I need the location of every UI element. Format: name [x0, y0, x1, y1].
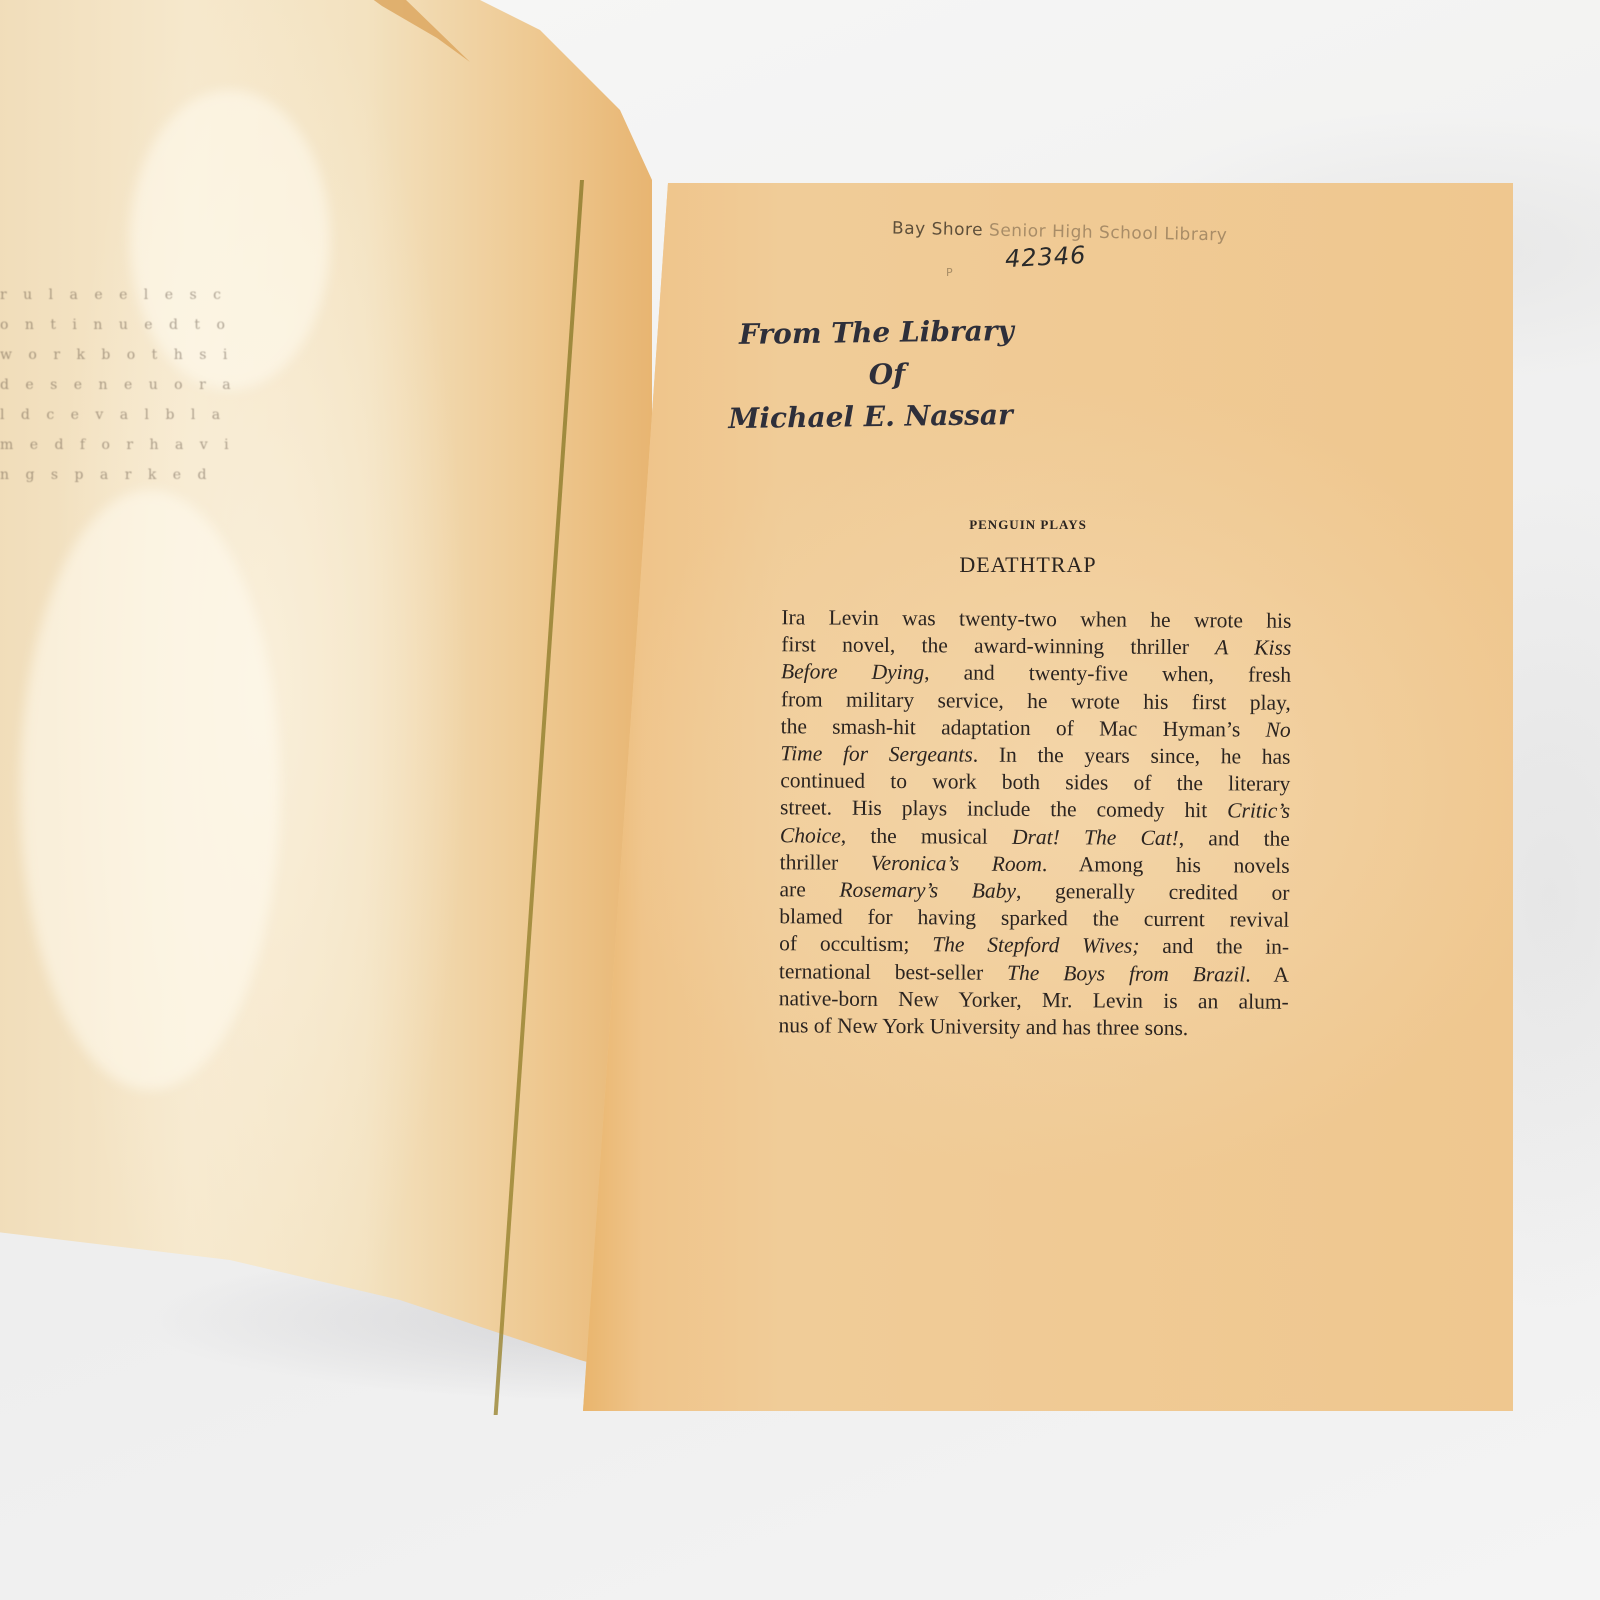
bio-line: ternational best-seller The Boys from Br…	[779, 958, 1289, 989]
ownership-line-3: Michael E. Nassar	[698, 394, 1043, 441]
bio-text: are	[779, 877, 839, 901]
bleed-through-text: r u l a e e l e s c o n t i n u e d t o …	[0, 280, 240, 840]
bio-line: Time for Sergeants. In the years since, …	[780, 740, 1290, 771]
stamp-mark: P	[946, 266, 953, 279]
series-label: PENGUIN PLAYS	[783, 517, 1273, 533]
italic-title-text: Critic’s	[1227, 799, 1290, 823]
italic-title-text: No	[1265, 717, 1290, 741]
bio-line: native-born New Yorker, Mr. Levin is an …	[779, 985, 1289, 1016]
bio-text: nus of New York University and has three…	[779, 1013, 1189, 1040]
italic-title-text: Before Dying	[781, 660, 924, 685]
bio-text: the smash-hit adaptation of Mac Hyman’s	[781, 714, 1266, 741]
bio-line: continued to work both sides of the lite…	[780, 767, 1290, 798]
bio-line: thriller Veronica’s Room. Among his nove…	[780, 849, 1290, 880]
italic-title-text: A Kiss	[1215, 635, 1291, 660]
bio-line: first novel, the award-winning thriller …	[781, 631, 1291, 662]
bio-text: , and the	[1179, 826, 1290, 851]
bio-text: continued to work both sides of the lite…	[780, 768, 1290, 796]
paper-tear	[360, 0, 470, 70]
bio-text: . Among his novels	[1042, 852, 1290, 878]
bio-text: first novel, the award-winning thriller	[781, 632, 1215, 659]
bio-line: are Rosemary’s Baby, generally credited …	[779, 876, 1289, 907]
italic-title-text: Veronica’s Room	[871, 851, 1042, 876]
bio-line: of occultism; The Stepford Wives; and th…	[779, 931, 1289, 962]
bio-text: , and twenty-five when, fresh	[924, 661, 1291, 688]
italic-title-text: Time for Sergeants	[780, 741, 972, 766]
bio-line: blamed for having sparked the current re…	[779, 903, 1289, 934]
bio-text: . A	[1245, 962, 1289, 986]
italic-title-text: The Boys from Brazil	[1007, 960, 1245, 986]
bio-text: native-born New Yorker, Mr. Levin is an …	[779, 986, 1289, 1014]
bio-text: ternational best-seller	[779, 959, 1007, 985]
bio-line: nus of New York University and has three…	[778, 1012, 1288, 1043]
bio-text: Ira Levin was twenty-two when he wrote h…	[781, 605, 1291, 633]
author-biography: Ira Levin was twenty-two when he wrote h…	[778, 604, 1291, 1043]
stamp-text-dark: Bay Shore	[892, 218, 989, 240]
bio-text: street. His plays include the comedy hit	[780, 796, 1227, 823]
bio-text: , the musical	[841, 823, 1012, 848]
bio-line: from military service, he wrote his firs…	[781, 686, 1291, 717]
bio-text: and the in-	[1139, 934, 1289, 959]
ownership-line-2: Of	[732, 352, 1043, 398]
italic-title-text: Drat! The Cat!	[1012, 824, 1179, 849]
book-title: DEATHTRAP	[783, 552, 1273, 578]
bio-line: Before Dying, and twenty-five when, fres…	[781, 659, 1291, 690]
italic-title-text: Choice	[780, 823, 841, 847]
accession-number: 42346	[1004, 241, 1087, 273]
ownership-line-1: From The Library	[711, 310, 1042, 357]
bio-text: blamed for having sparked the current re…	[779, 904, 1289, 932]
bio-line: the smash-hit adaptation of Mac Hyman’s …	[781, 713, 1291, 744]
bio-text: , generally credited or	[1016, 879, 1290, 905]
bio-line: street. His plays include the comedy hit…	[780, 795, 1290, 826]
book-photo: r u l a e e l e s c o n t i n u e d t o …	[0, 0, 1600, 1600]
bio-line: Choice, the musical Drat! The Cat!, and …	[780, 822, 1290, 853]
bio-text: thriller	[780, 850, 871, 875]
ownership-stamp: From The Library Of Michael E. Nassar	[711, 310, 1043, 441]
italic-title-text: The Stepford Wives;	[932, 933, 1139, 958]
bio-text: from military service, he wrote his firs…	[781, 687, 1291, 715]
italic-title-text: Rosemary’s Baby	[839, 878, 1016, 903]
bio-text: . In the years since, he has	[973, 743, 1291, 769]
bio-text: of occultism;	[779, 932, 932, 957]
bio-line: Ira Levin was twenty-two when he wrote h…	[781, 604, 1291, 635]
